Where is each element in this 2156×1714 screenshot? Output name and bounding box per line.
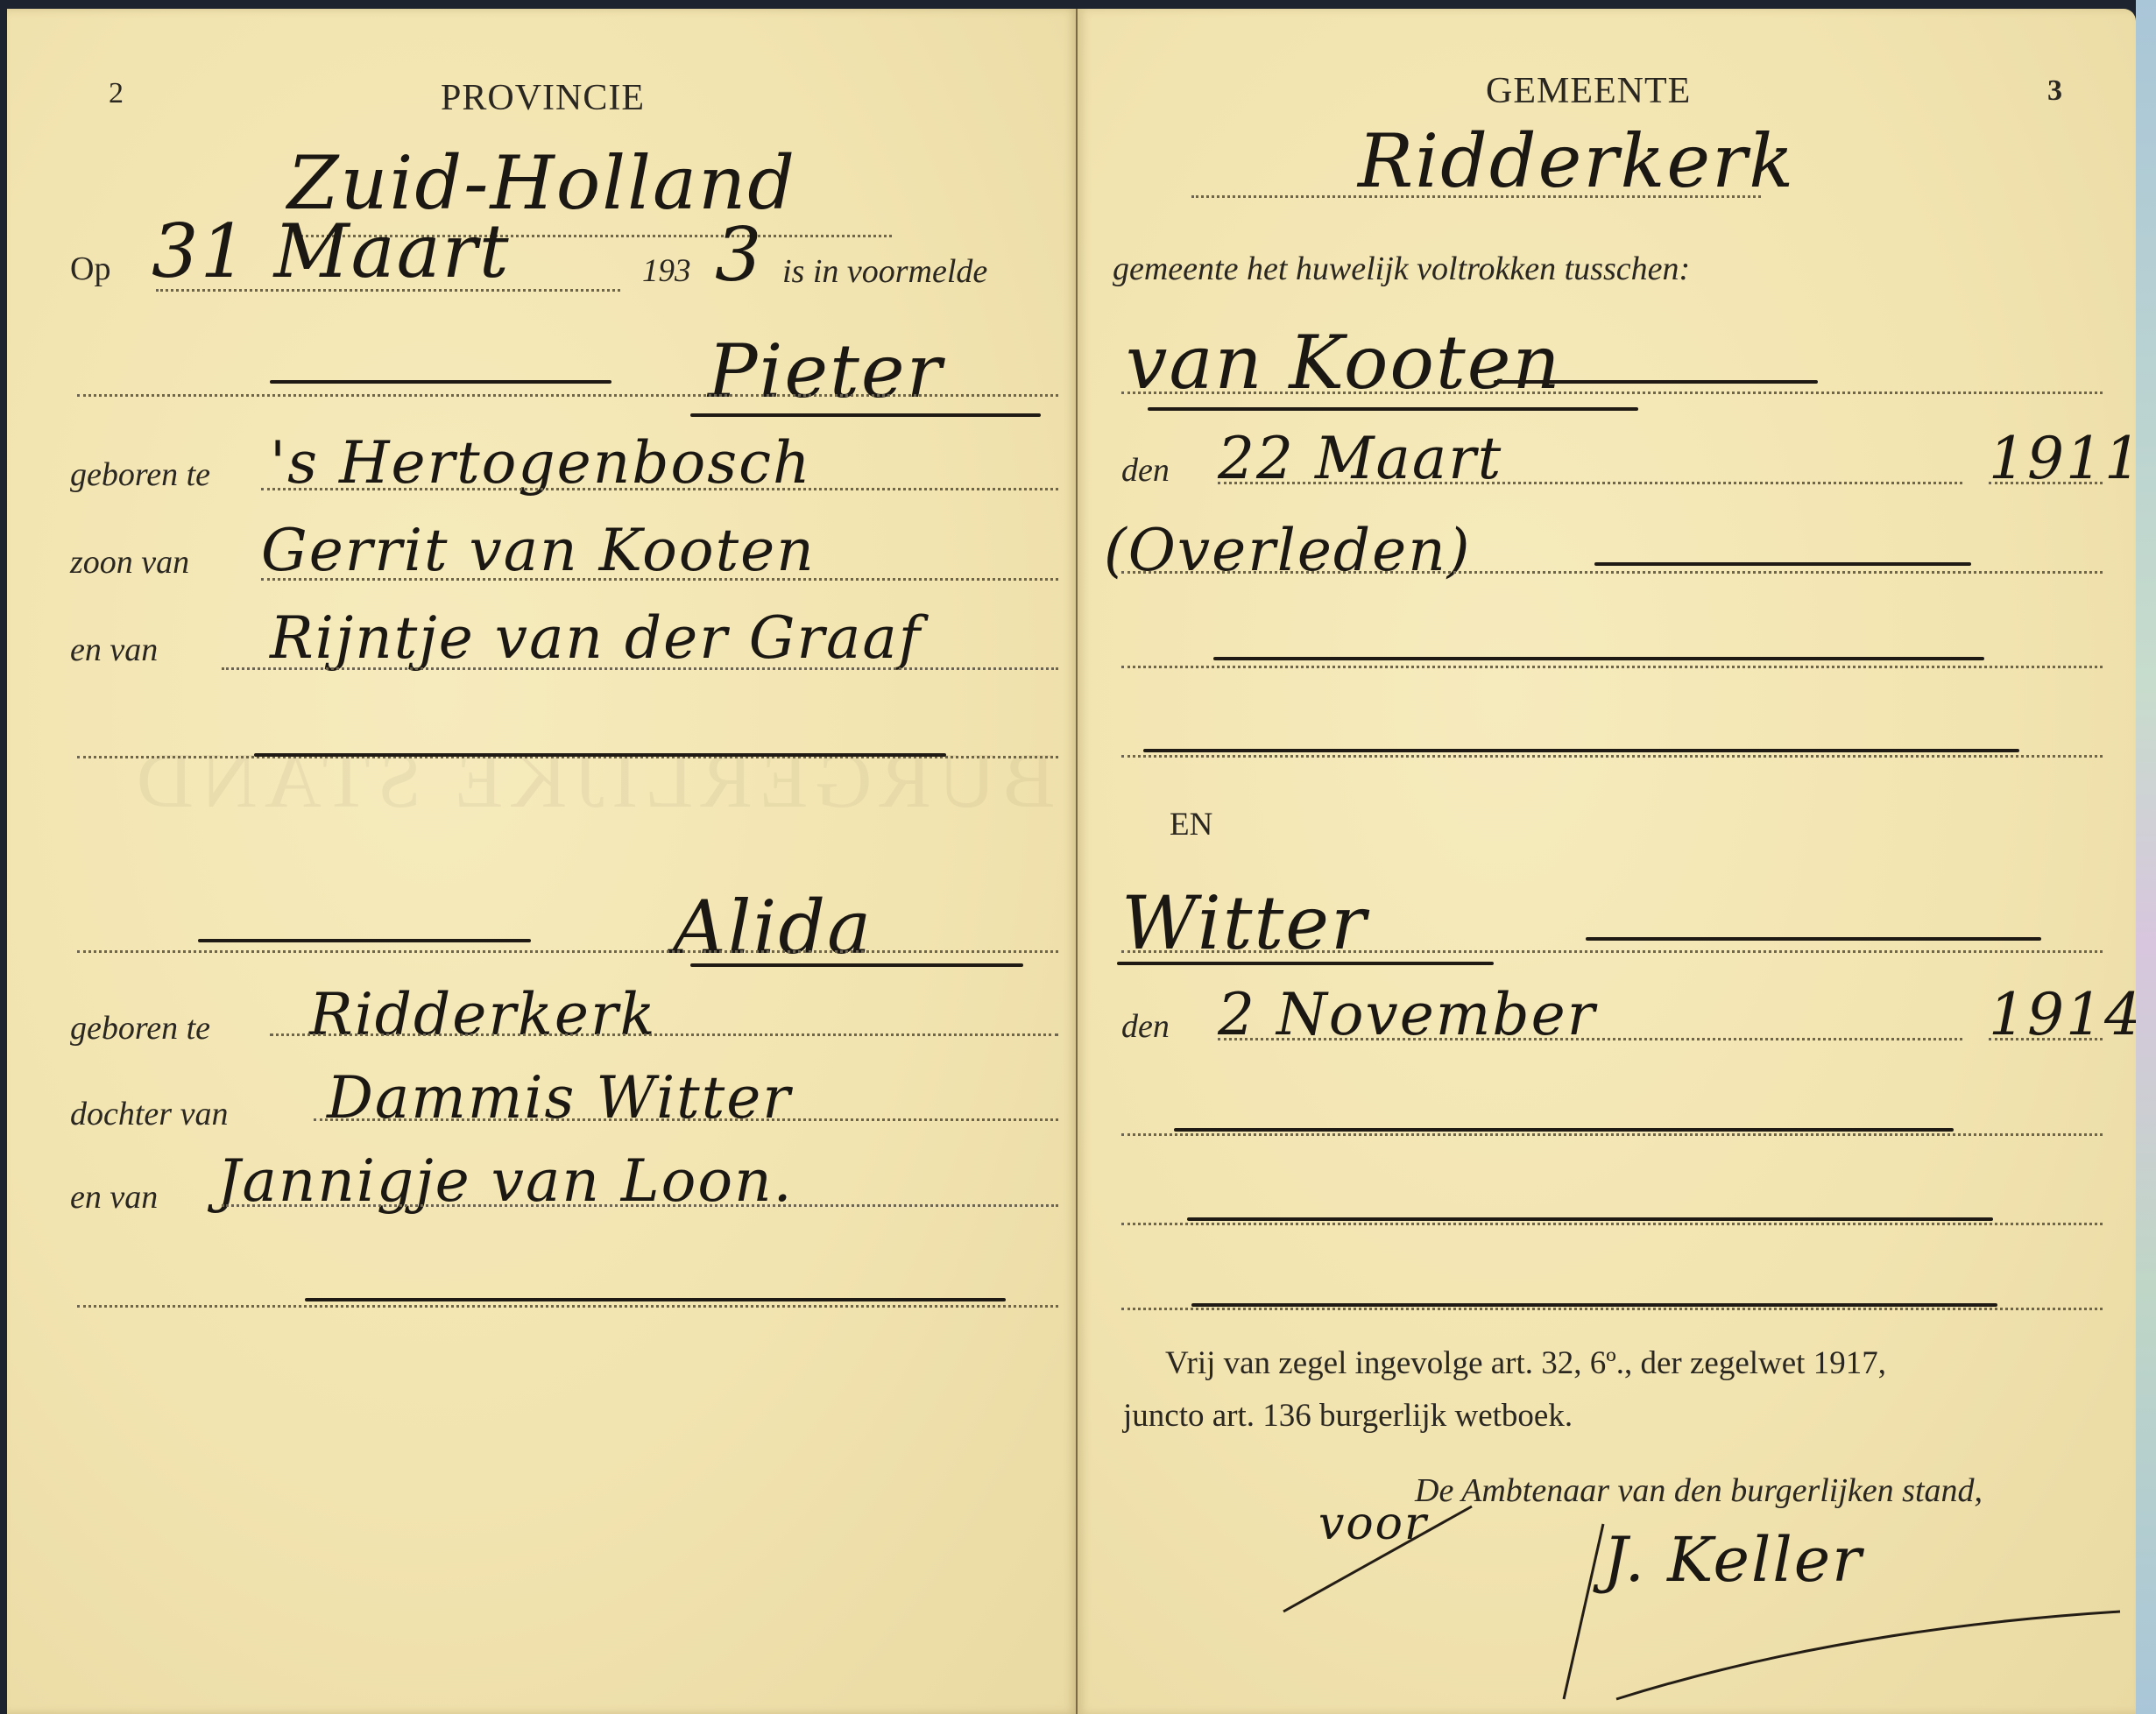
groom-father: Gerrit van Kooten bbox=[261, 517, 816, 584]
filler-stroke bbox=[690, 963, 1023, 967]
stamp-exemption-line1: Vrij van zegel ingevolge art. 32, 6º., d… bbox=[1165, 1344, 1886, 1382]
municipality-heading: GEMEENTE bbox=[1486, 70, 1691, 112]
dotted-line bbox=[77, 1305, 1058, 1308]
year-printed: 193 bbox=[642, 252, 691, 290]
show-through-text: BURGERLIJKE STAND bbox=[130, 736, 1055, 826]
filler-stroke bbox=[1213, 657, 1984, 660]
filler-stroke bbox=[1143, 749, 2019, 752]
intro-text: gemeente het huwelijk voltrokken tussche… bbox=[1113, 250, 1690, 288]
filler-stroke bbox=[254, 753, 946, 757]
left-page: BURGERLIJKE STAND 2 PROVINCIE Zuid-Holla… bbox=[7, 9, 1078, 1714]
province-heading: PROVINCIE bbox=[441, 77, 645, 119]
bride-born-label: geboren te bbox=[70, 1009, 210, 1047]
dotted-line bbox=[156, 289, 620, 292]
filler-stroke bbox=[1148, 407, 1638, 411]
date-suffix: is in voormelde bbox=[782, 252, 987, 291]
official-title: De Ambtenaar van den burgerlijken stand, bbox=[1415, 1471, 1983, 1510]
bride-date-label: den bbox=[1121, 1007, 1170, 1046]
dotted-line bbox=[1218, 1038, 1962, 1040]
dotted-line bbox=[222, 667, 1058, 670]
groom-note: (Overleden) bbox=[1104, 517, 1471, 584]
right-page: GEMEENTE 3 Ridderkerk gemeente het huwel… bbox=[1078, 9, 2136, 1714]
prefix-flourish bbox=[1279, 1498, 1489, 1620]
dotted-line bbox=[261, 578, 1058, 581]
filler-stroke bbox=[690, 413, 1041, 417]
filler-stroke bbox=[1187, 1217, 1993, 1221]
municipality-value: Ridderkerk bbox=[1358, 118, 1795, 204]
year-handwritten: 3 bbox=[715, 212, 763, 298]
stamp-exemption-line2: juncto art. 136 burgerlijk wetboek. bbox=[1123, 1397, 1573, 1435]
dotted-line bbox=[1121, 1133, 2103, 1136]
book-cover-edge bbox=[2136, 0, 2156, 1714]
bride-father: Dammis Witter bbox=[327, 1064, 792, 1132]
dotted-line bbox=[1121, 391, 2103, 394]
filler-stroke bbox=[1174, 1128, 1954, 1132]
groom-born-place: 's Hertogenbosch bbox=[270, 429, 812, 497]
date-prefix: Op bbox=[70, 250, 110, 288]
bride-given-name: Alida bbox=[673, 885, 873, 970]
dotted-line bbox=[1218, 482, 1962, 484]
dotted-line bbox=[1121, 755, 2103, 758]
dotted-line bbox=[261, 488, 1058, 490]
filler-stroke bbox=[1494, 380, 1818, 384]
dotted-line bbox=[222, 1204, 1058, 1207]
dotted-line bbox=[1121, 666, 2103, 668]
filler-stroke bbox=[1586, 937, 2041, 941]
dotted-line bbox=[77, 950, 1058, 953]
filler-stroke bbox=[270, 380, 611, 384]
dotted-line bbox=[1121, 1223, 2103, 1225]
bride-born-place: Ridderkerk bbox=[309, 981, 657, 1048]
dotted-line bbox=[77, 394, 1058, 397]
bride-and-label: en van bbox=[70, 1178, 158, 1217]
marriage-day-month: 31 Maart bbox=[152, 208, 511, 294]
groom-date-label: den bbox=[1121, 451, 1170, 490]
groom-and-label: en van bbox=[70, 631, 158, 669]
groom-born-label: geboren te bbox=[70, 455, 210, 494]
groom-given-name: Pieter bbox=[708, 328, 944, 414]
dotted-line bbox=[1989, 482, 2103, 484]
page-number: 3 bbox=[2047, 74, 2062, 108]
and-label: EN bbox=[1170, 806, 1212, 843]
filler-stroke bbox=[305, 1298, 1006, 1301]
bride-daughter-label: dochter van bbox=[70, 1095, 228, 1133]
dotted-line bbox=[1989, 1038, 2103, 1040]
dotted-line bbox=[1121, 571, 2103, 574]
filler-stroke bbox=[1117, 962, 1494, 965]
dotted-line bbox=[1191, 195, 1761, 198]
groom-mother: Rijntje van der Graaf bbox=[270, 604, 922, 672]
dotted-line bbox=[270, 1033, 1058, 1036]
page-number: 2 bbox=[109, 77, 124, 110]
groom-son-label: zoon van bbox=[70, 543, 189, 582]
filler-stroke bbox=[198, 939, 531, 942]
dotted-line bbox=[1121, 1308, 2103, 1310]
filler-stroke bbox=[1191, 1303, 1997, 1307]
filler-stroke bbox=[1594, 562, 1971, 566]
bride-surname: Witter bbox=[1121, 880, 1368, 966]
dotted-line bbox=[314, 1118, 1058, 1121]
dotted-line bbox=[1121, 950, 2103, 953]
signature-flourish bbox=[1551, 1515, 2138, 1708]
